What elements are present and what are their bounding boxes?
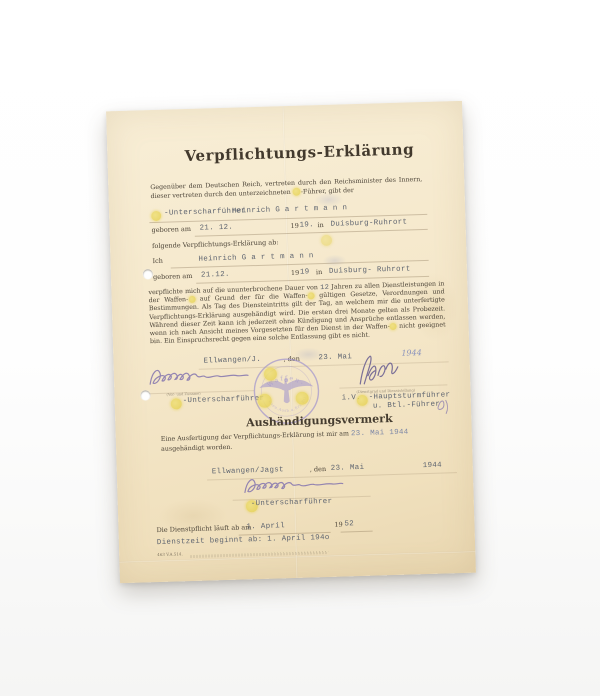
name-entry: Heinrich G a r t m a n n <box>232 204 347 215</box>
declaration-lead: folgende Verpflichtungs-Erklärung ab: <box>152 238 279 250</box>
year-entry: 1944 <box>423 462 442 471</box>
photo-background: Verpflichtungs-Erklärung Gegenüber dem D… <box>0 0 600 696</box>
intro-text: Gegenüber dem Deutschen Reich, vertreten… <box>150 176 422 200</box>
birth-date-entry: 21.12. <box>201 271 230 280</box>
document-paper: Verpflichtungs-Erklärung Gegenüber dem D… <box>106 101 476 583</box>
birth-year-entry: 19. <box>299 221 314 229</box>
born-label: geboren am <box>151 225 191 234</box>
year-prefix: 19 <box>291 269 300 277</box>
year-prefix: 19 <box>290 222 299 230</box>
birth-date-entry: 21. 12. <box>199 224 233 233</box>
in-label: in <box>316 268 323 276</box>
censor-dot <box>188 296 195 303</box>
signature-bottom-rank: -Unterscharführer <box>251 498 333 508</box>
censor-dot <box>151 211 161 221</box>
signature-right-rank-2: u. Btl.-Führer <box>373 401 440 411</box>
duty-end-date-entry: 1. April <box>246 522 285 531</box>
censor-dot <box>307 292 314 299</box>
document-title: Verpflichtungs-Erklärung <box>147 139 451 166</box>
birthplace-entry: Duisburg- Ruhrort <box>329 265 411 275</box>
imprint-text: 463 V.A.514. <box>157 551 183 557</box>
date-entry: 23. Mai <box>318 353 352 362</box>
imprint-illegible-tail <box>190 551 328 558</box>
signature-right <box>351 352 410 390</box>
in-label: in <box>317 221 324 229</box>
intro-text-suffix: -Führer, gibt der <box>301 187 354 196</box>
duty-end-year-entry: 52 <box>344 520 354 528</box>
year-prefix: 19 <box>334 521 343 529</box>
name-entry-2: Heinrich G a r t m a n n <box>198 252 313 263</box>
birth-year-entry: 19 <box>300 268 310 276</box>
birthplace-entry: Duisburg-Ruhrort <box>330 218 407 228</box>
obligation-years-entry: 12 <box>320 284 329 292</box>
obligation-paragraph: verpflichte mich auf die ununterbrochene… <box>148 280 446 346</box>
signature-left <box>144 361 253 394</box>
duty-end-label: Die Dienstpflicht läuft ab am <box>156 523 251 534</box>
censor-dot <box>321 235 332 246</box>
ich-label: Ich <box>152 257 163 265</box>
handover-text-2: ausgehändigt worden. <box>161 444 232 453</box>
censor-dot <box>390 323 397 330</box>
born-label: geboren am <box>153 272 193 281</box>
handover-date-entry: 23. Mai 1944 <box>351 429 409 439</box>
